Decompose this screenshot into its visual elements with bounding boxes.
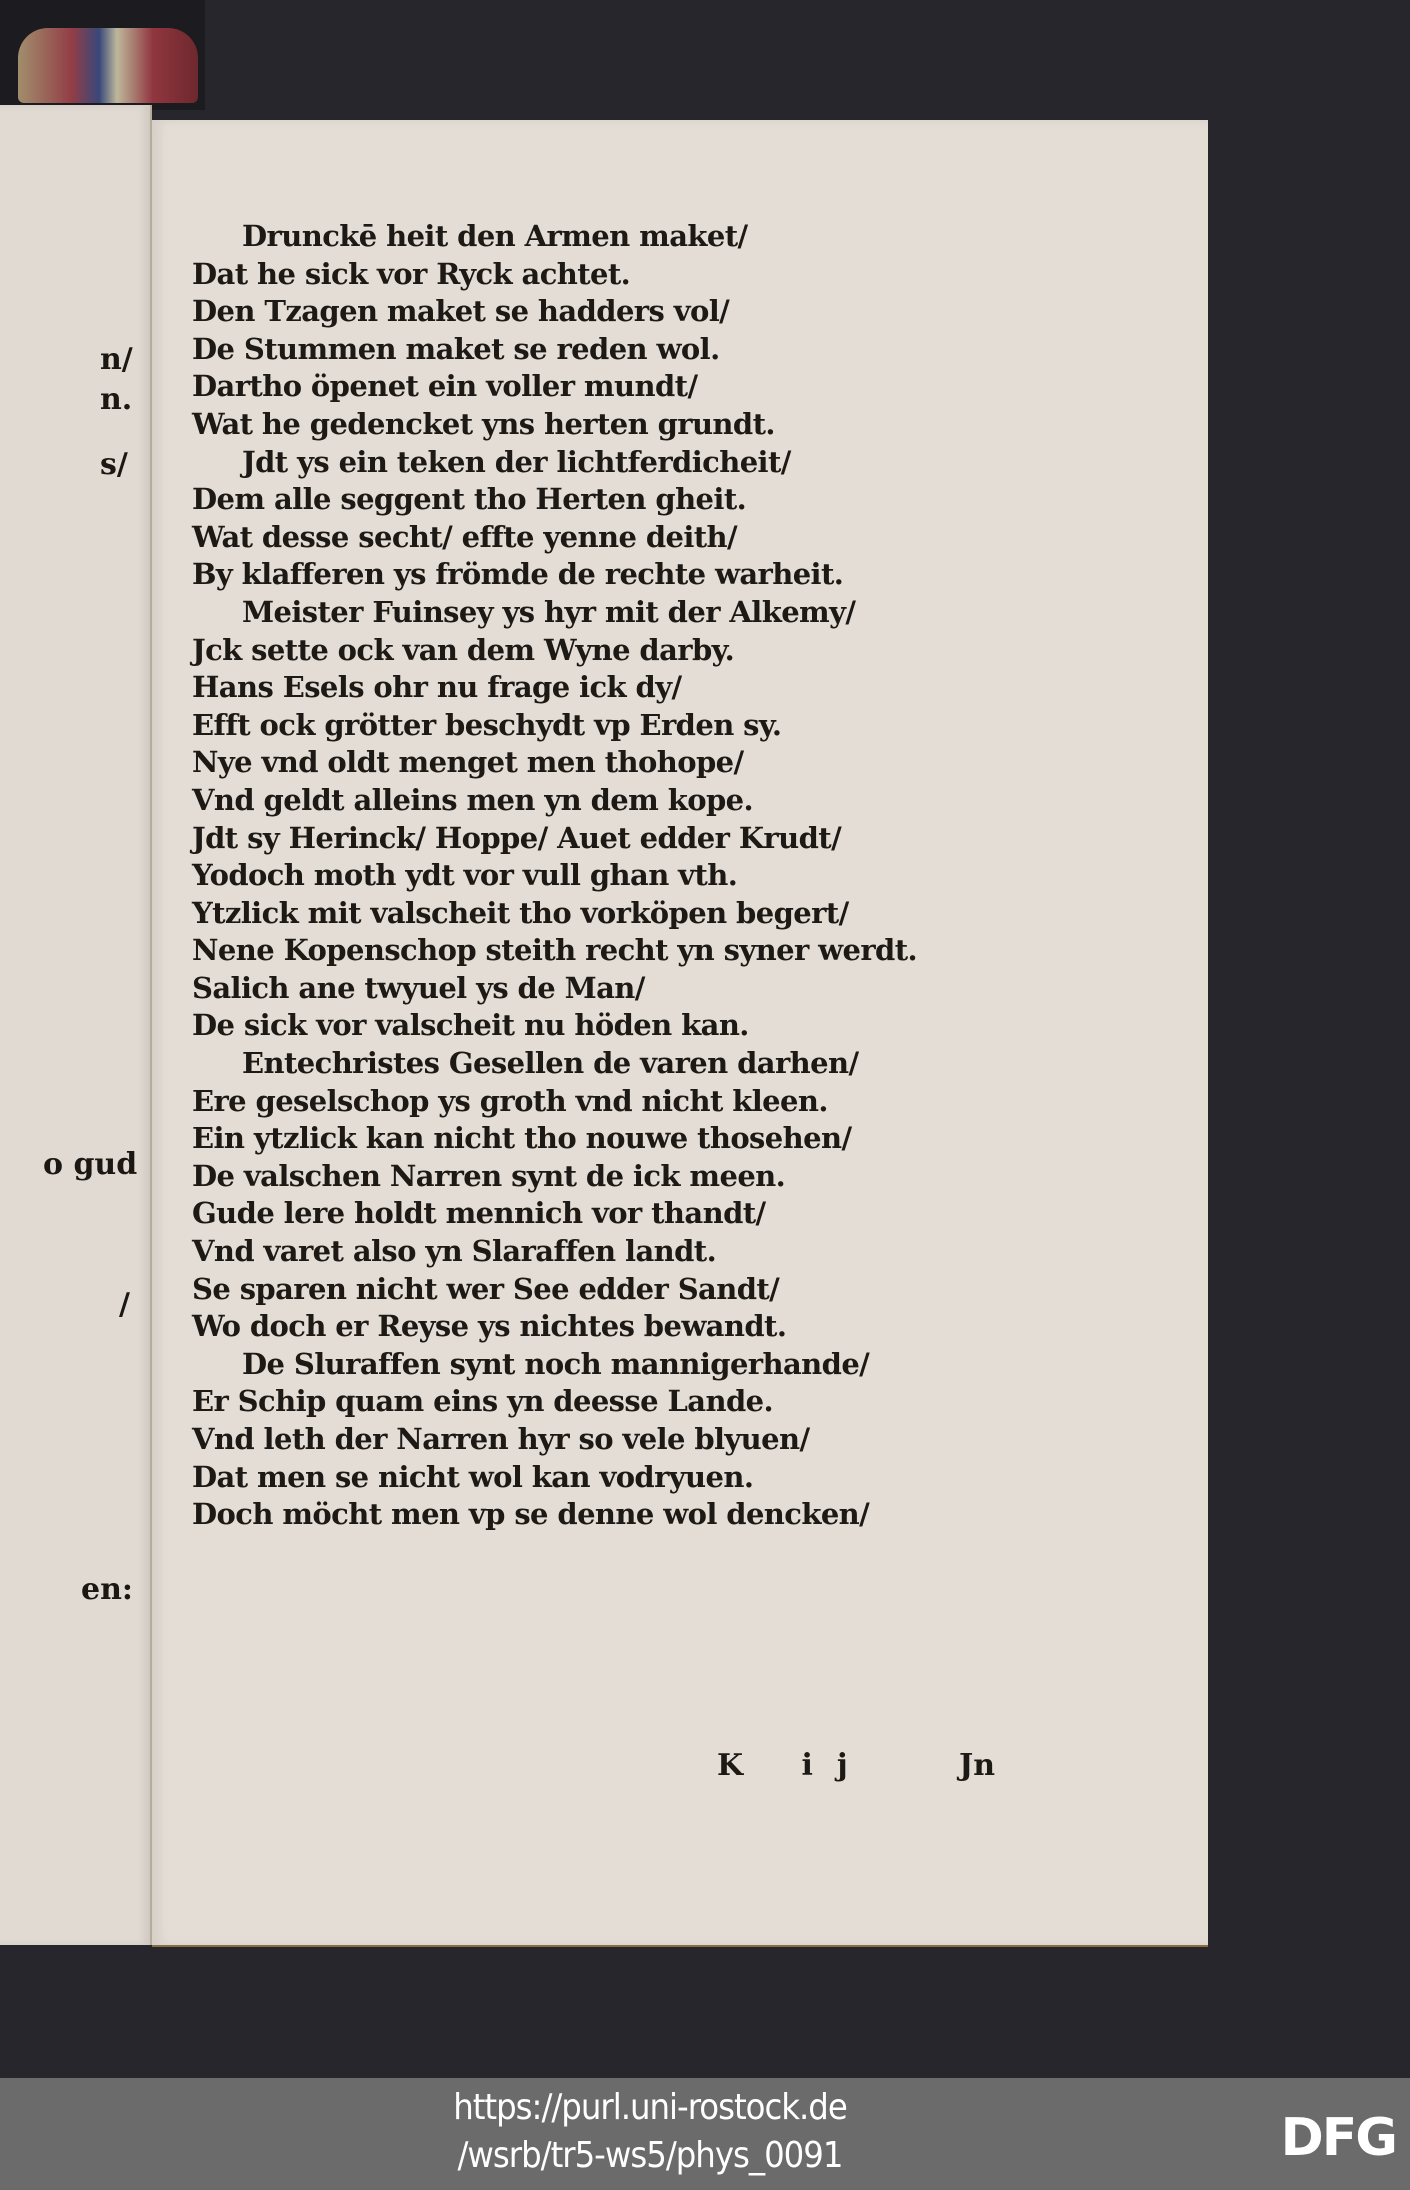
left-page-text-fragment: o gud: [43, 1150, 137, 1180]
binding-headband: [18, 28, 198, 103]
signature-mark: K ij: [717, 1748, 872, 1783]
left-page-text-fragment: s/: [100, 450, 128, 480]
right-page: Drunckē heit den Armen maket/Dat he sick…: [152, 120, 1208, 1947]
verse-line: Wo doch er Reyse ys nichtes bewandt.: [192, 1308, 1192, 1346]
verse-line: Meister Fuinsey ys hyr mit der Alkemy/: [192, 594, 1192, 632]
left-page-text-fragment: en:: [81, 1575, 133, 1605]
verse-line: Dat he sick vor Ryck achtet.: [192, 256, 1192, 294]
binding-area: [0, 0, 205, 110]
dfg-logo: DFG: [1281, 2108, 1396, 2168]
verse-text: Drunckē heit den Armen maket/Dat he sick…: [192, 218, 1192, 1534]
verse-line: Er Schip quam eins yn deesse Lande.: [192, 1383, 1192, 1421]
verse-line: By klafferen ys frömde de rechte warheit…: [192, 556, 1192, 594]
verse-line: Jdt sy Herinck/ Hoppe/ Auet edder Krudt/: [192, 820, 1192, 858]
verse-line: Wat desse secht/ effte yenne deith/: [192, 519, 1192, 557]
verse-line: Jck sette ock van dem Wyne darby.: [192, 632, 1192, 670]
verse-line: Doch möcht men vp se denne wol dencken/: [192, 1496, 1192, 1534]
verse-line: Nene Kopenschop steith recht yn syner we…: [192, 932, 1192, 970]
verse-line: Efft ock grötter beschydt vp Erden sy.: [192, 707, 1192, 745]
permalink-line-2[interactable]: /wsrb/tr5-ws5/phys_0091: [200, 2134, 1100, 2178]
verse-line: Vnd varet also yn Slaraffen landt.: [192, 1233, 1192, 1271]
verse-line: Dartho öpenet ein voller mundt/: [192, 368, 1192, 406]
permalink-line-1[interactable]: https://purl.uni-rostock.de: [200, 2086, 1100, 2130]
left-page-text-fragment: n/: [100, 345, 133, 375]
verse-line: De Stummen maket se reden wol.: [192, 331, 1192, 369]
verse-line: Ytzlick mit valscheit tho vorköpen beger…: [192, 895, 1192, 933]
verse-line: Vnd geldt alleins men yn dem kope.: [192, 782, 1192, 820]
verse-line: Dat men se nicht wol kan vodryuen.: [192, 1459, 1192, 1497]
verse-line: Nye vnd oldt menget men thohope/: [192, 744, 1192, 782]
verse-line: Drunckē heit den Armen maket/: [192, 218, 1192, 256]
verse-line: Gude lere holdt mennich vor thandt/: [192, 1195, 1192, 1233]
verse-line: Entechristes Gesellen de varen darhen/: [192, 1045, 1192, 1083]
verse-line: Dem alle seggent tho Herten gheit.: [192, 481, 1192, 519]
verse-line: Salich ane twyuel ys de Man/: [192, 970, 1192, 1008]
verse-line: Hans Esels ohr nu frage ick dy/: [192, 669, 1192, 707]
verse-line: Yodoch moth ydt vor vull ghan vth.: [192, 857, 1192, 895]
verse-line: De Sluraffen synt noch mannigerhande/: [192, 1346, 1192, 1384]
verse-line: Se sparen nicht wer See edder Sandt/: [192, 1271, 1192, 1309]
verse-line: Wat he gedencket yns herten grundt.: [192, 406, 1192, 444]
verse-line: De sick vor valscheit nu höden kan.: [192, 1007, 1192, 1045]
verse-line: Den Tzagen maket se hadders vol/: [192, 293, 1192, 331]
catchword: Jn: [959, 1748, 995, 1783]
scan-background: n/n.s/o gud/en: Drunckē heit den Armen m…: [0, 0, 1410, 2078]
verse-line: Vnd leth der Narren hyr so vele blyuen/: [192, 1421, 1192, 1459]
left-page-text-fragment: n.: [100, 385, 132, 415]
page-footer-line: K ij Jn: [152, 1748, 1208, 1793]
left-page: n/n.s/o gud/en:: [0, 105, 152, 1945]
footer-bar: https://purl.uni-rostock.de /wsrb/tr5-ws…: [0, 2078, 1410, 2190]
verse-line: Jdt ys ein teken der lichtferdicheit/: [192, 444, 1192, 482]
verse-line: Ere geselschop ys groth vnd nicht kleen.: [192, 1083, 1192, 1121]
left-page-text-fragment: /: [119, 1290, 130, 1320]
verse-line: De valschen Narren synt de ick meen.: [192, 1158, 1192, 1196]
verse-line: Ein ytzlick kan nicht tho nouwe thosehen…: [192, 1120, 1192, 1158]
